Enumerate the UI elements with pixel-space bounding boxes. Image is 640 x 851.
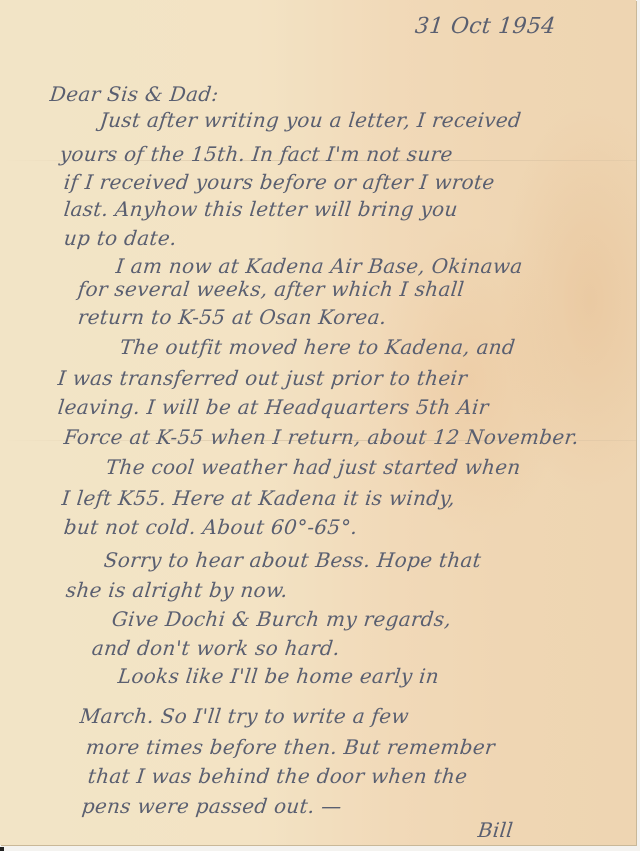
letter-line: I left K55. Here at Kadena it is windy, <box>61 486 457 510</box>
letter-line: but not cold. About 60°-65°. <box>63 515 359 539</box>
letter-line: up to date. <box>63 226 178 250</box>
letter-line: I am now at Kadena Air Base, Okinawa <box>115 254 524 278</box>
scan-edge-mark <box>0 847 4 851</box>
letter-salutation: Dear Sis & Dad: <box>49 82 220 106</box>
letter-line: March. So I'll try to write a few <box>79 704 410 728</box>
letter-line: more times before then. But remember <box>85 735 496 759</box>
letter-line: yours of the 15th. In fact I'm not sure <box>59 142 454 166</box>
letter-line: Looks like I'll be home early in <box>117 664 441 688</box>
letter-line: if I received yours before or after I wr… <box>63 170 496 194</box>
letter-line: that I was behind the door when the <box>87 764 469 788</box>
letter-line: and don't work so hard. <box>91 636 341 660</box>
letter-line: Sorry to hear about Bess. Hope that <box>103 548 483 572</box>
letter-line: leaving. I will be at Headquarters 5th A… <box>57 395 490 419</box>
letter-line: The outfit moved here to Kadena, and <box>119 335 517 359</box>
letter-signature: Bill <box>477 818 515 842</box>
letter-line: The cool weather had just started when <box>105 455 522 479</box>
letter-line: she is alright by now. <box>65 578 289 602</box>
letter-line: Force at K-55 when I return, about 12 No… <box>63 425 580 449</box>
letter-line: for several weeks, after which I shall <box>77 277 466 301</box>
letter-line: Just after writing you a letter, I recei… <box>99 108 523 132</box>
letter-line: last. Anyhow this letter will bring you <box>63 197 459 221</box>
letter-line: return to K-55 at Osan Korea. <box>77 305 388 329</box>
letter-paper: 31 Oct 1954 Dear Sis & Dad: Just after w… <box>0 0 636 845</box>
letter-line: Give Dochi & Burch my regards, <box>111 607 453 631</box>
letter-date: 31 Oct 1954 <box>414 14 557 39</box>
letter-line: pens were passed out. — <box>81 794 343 818</box>
letter-line: I was transferred out just prior to thei… <box>57 366 469 390</box>
